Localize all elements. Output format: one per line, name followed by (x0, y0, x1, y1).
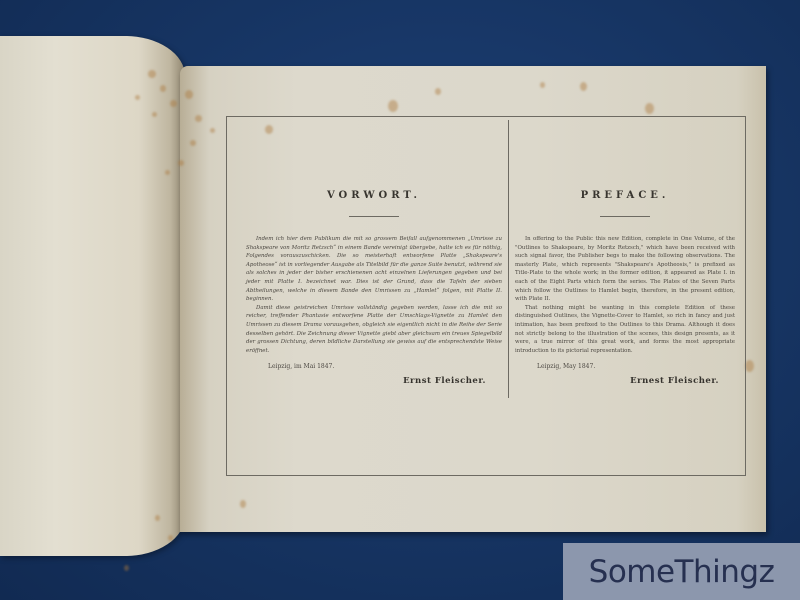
watermark-logo: SomeThingz (563, 543, 800, 600)
german-paragraph-1: Indem ich hier dem Publikum die mit so g… (246, 235, 502, 304)
title-rule (600, 216, 650, 217)
english-signature: Ernest Fleischer. (515, 376, 735, 386)
german-paragraph-2: Damit diese geistreichen Umrisse vollstä… (246, 304, 502, 356)
german-preface-column: VORWORT. Indem ich hier dem Publikum die… (246, 190, 502, 386)
english-place-date: Leipzig, May 1847. (515, 363, 735, 370)
title-rule (349, 216, 399, 217)
english-title: PREFACE. (515, 190, 735, 204)
left-page (0, 36, 185, 556)
column-divider (508, 120, 509, 398)
german-title: VORWORT. (246, 190, 502, 204)
watermark-text: SomeThingz (589, 554, 775, 590)
english-preface-column: PREFACE. In offering to the Public this … (515, 190, 735, 386)
english-paragraph-1: In offering to the Public this new Editi… (515, 235, 735, 304)
english-paragraph-2: That nothing might be wanting in this co… (515, 304, 735, 356)
german-signature: Ernst Fleischer. (246, 376, 502, 386)
german-place-date: Leipzig, im Mai 1847. (246, 363, 502, 370)
